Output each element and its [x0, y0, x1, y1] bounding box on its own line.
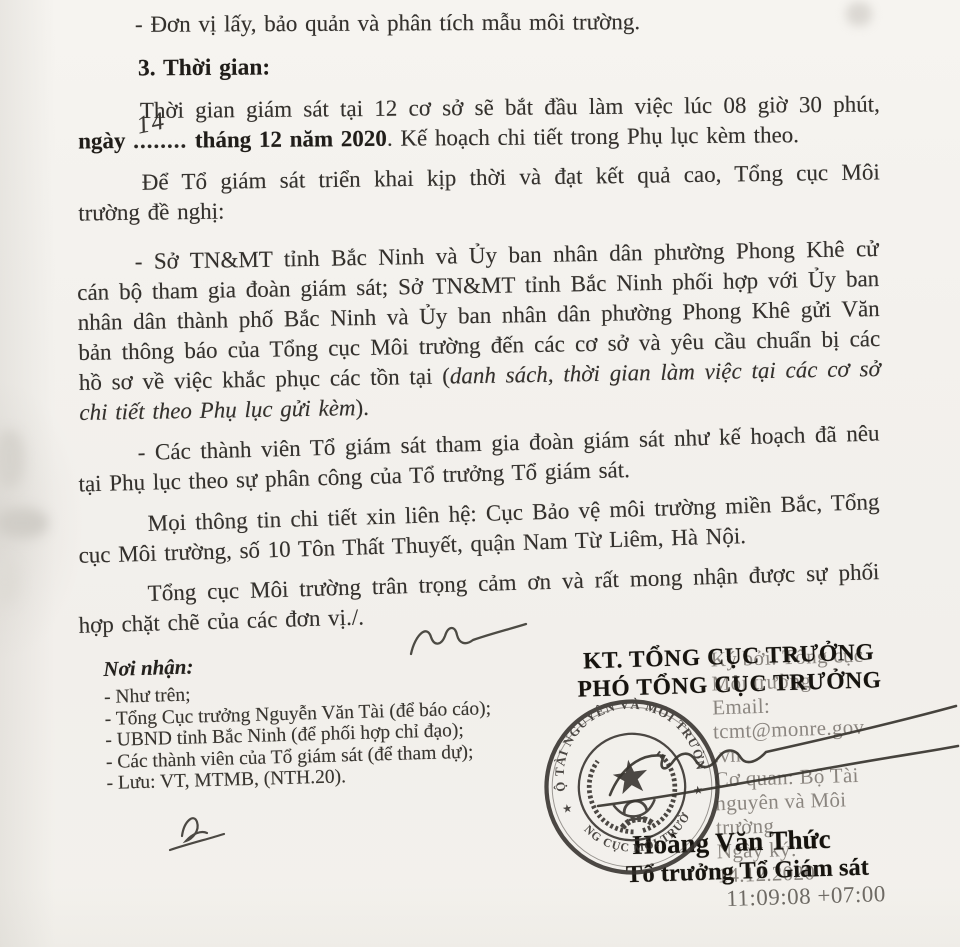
section-heading-time: 3. Thời gian:: [78, 48, 880, 84]
date-bold-part: tháng 12 năm 2020: [195, 126, 387, 153]
paragraph-schedule: Thời gian giám sát tại 12 cơ sở sẽ bắt đ…: [78, 90, 880, 157]
section-heading-text: 3. Thời gian:: [78, 48, 880, 84]
initials-underline: [170, 834, 224, 850]
paragraph-sample-unit: - Đơn vị lấy, bảo quản và phân tích mẫu …: [78, 6, 880, 40]
dotted-blank: 14........: [133, 126, 187, 156]
handwritten-initials-bottom: [160, 805, 234, 859]
paragraph-request-item-1: - Sở TN&MT tỉnh Bắc Ninh và Ủy ban nhân …: [76, 234, 881, 428]
bleed-mark: [0, 508, 48, 538]
regular-part: hồ sơ về việc khắc phục các tồn tại (: [79, 364, 450, 395]
digital-signature-time: 11:09:08 +07:00: [718, 882, 886, 911]
italic-part: chi tiết theo Phụ lục gửi kèm: [79, 395, 356, 425]
paragraph-line-date: ngày 14........ tháng 12 năm 2020. Kế ho…: [78, 120, 880, 157]
scanned-document-page: { "body": { "p1": { "text": "- Đơn vị lấ…: [0, 0, 960, 947]
paragraph-line: - Đơn vị lấy, bảo quản và phân tích mẫu …: [78, 6, 880, 40]
bleed-mark: [0, 560, 18, 604]
handwritten-initials-top: [395, 612, 535, 670]
signature-stroke-upper: [610, 706, 956, 795]
date-word-ngay: ngày: [78, 128, 126, 153]
paragraph-contact: Mọi thông tin chi tiết xin liên hệ: Cục …: [77, 487, 880, 571]
date-rest: . Kế hoạch chi tiết trong Phụ lục kèm th…: [387, 122, 799, 151]
regular-part: ).: [355, 395, 369, 420]
paragraph-request-item-2: - Các thành viên Tổ giám sát tham gia đo…: [77, 419, 880, 500]
pen-signature: [540, 640, 960, 850]
italic-part: danh sách, thời gian làm việc tại các cơ…: [450, 356, 881, 389]
handwritten-day: 14: [134, 106, 168, 141]
bleed-mark: [0, 430, 24, 488]
initials-stroke: [411, 624, 526, 654]
initials-stroke: [182, 818, 207, 841]
paragraph-request-intro: Để Tổ giám sát triển khai kịp thời và đạ…: [78, 157, 881, 228]
